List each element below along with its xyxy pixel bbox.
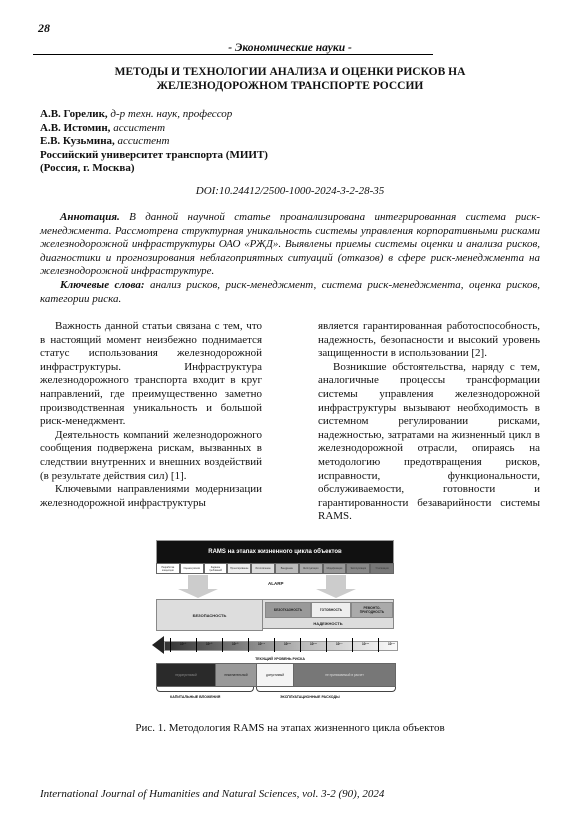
body-column-left: Важность данной статьи связана с тем, чт… bbox=[40, 320, 262, 510]
author: Е.В. Кузьмина, ассистент bbox=[40, 135, 268, 149]
safety-box: БЕЗОПАСНОСТЬ bbox=[156, 599, 263, 631]
body-column-right: является гарантированная работоспособнос… bbox=[318, 320, 540, 524]
capital-costs-label: КАПИТАЛЬНЫЕ ВЛОЖЕНИЯ bbox=[170, 695, 220, 699]
scale-label: 10⁻¹ bbox=[180, 642, 186, 646]
body-paragraph: Возникшие обстоятельства, наряду с тем, … bbox=[318, 361, 540, 524]
brace-capital bbox=[156, 687, 254, 692]
scale-tick bbox=[274, 638, 275, 652]
author-block: А.В. Горелик, д-р техн. наук, профессор … bbox=[40, 108, 268, 176]
figure-header: RAMS на этапах жизненного цикла объектов bbox=[156, 540, 394, 564]
reliability-part: БЕЗОТКАЗНОСТЬ bbox=[265, 602, 311, 618]
author-name: А.В. Горелик, bbox=[40, 108, 108, 120]
lifecycle-stage: Проектирование bbox=[227, 563, 251, 574]
title-line-2: ЖЕЛЕЗНОДОРОЖНОМ ТРАНСПОРТЕ РОССИИ bbox=[40, 79, 540, 93]
operating-costs-label: ЭКСПЛУАТАЦИОННЫЕ РАСХОДЫ bbox=[280, 695, 340, 699]
lifecycle-stage: Утилизация bbox=[370, 563, 394, 574]
body-paragraph: Ключевыми направлениями модернизации жел… bbox=[40, 483, 262, 510]
scale-label: 10⁻⁹ bbox=[388, 642, 395, 646]
body-paragraph: Важность данной статьи связана с тем, чт… bbox=[40, 320, 262, 429]
lifecycle-stage: Внедрение bbox=[275, 563, 299, 574]
lifecycle-stage: Изготовление bbox=[251, 563, 275, 574]
rams-figure: RAMS на этапах жизненного цикла объектов… bbox=[150, 537, 410, 717]
scale-tick bbox=[326, 638, 327, 652]
title-line-1: МЕТОДЫ И ТЕХНОЛОГИИ АНАЛИЗА И ОЦЕНКИ РИС… bbox=[40, 65, 540, 79]
lifecycle-stage: Оценка рисков bbox=[180, 563, 204, 574]
risk-category: нежелательный bbox=[215, 663, 257, 687]
affiliation: Российский университет транспорта (МИИТ) bbox=[40, 149, 268, 163]
author-name: А.В. Истомин, bbox=[40, 122, 110, 134]
reliability-part: РЕМОНТО-ПРИГОДНОСТЬ bbox=[351, 602, 393, 618]
doi[interactable]: DOI:10.24412/2500-1000-2024-3-2-28-35 bbox=[0, 185, 580, 197]
brace-operating bbox=[256, 687, 396, 692]
risk-category: недопустимый bbox=[156, 663, 216, 687]
scale-label: 10⁻³ bbox=[232, 642, 238, 646]
author-role: ассистент bbox=[118, 135, 170, 147]
arrow-head-icon bbox=[316, 589, 356, 598]
author: А.В. Истомин, ассистент bbox=[40, 122, 268, 136]
journal-footer: International Journal of Humanities and … bbox=[40, 788, 384, 800]
scale-label: 10⁻⁸ bbox=[362, 642, 369, 646]
page-number: 28 bbox=[38, 21, 50, 36]
arrow-left-icon bbox=[152, 636, 164, 654]
scale-label: 10⁻⁵ bbox=[284, 642, 291, 646]
article-title: МЕТОДЫ И ТЕХНОЛОГИИ АНАЛИЗА И ОЦЕНКИ РИС… bbox=[40, 65, 540, 93]
scale-tick bbox=[248, 638, 249, 652]
scale-label: 10⁻² bbox=[206, 642, 212, 646]
reliability-label: НАДЕЖНОСТЬ bbox=[313, 621, 342, 626]
lifecycle-stage: Модификация bbox=[323, 563, 347, 574]
scale-label: 10⁻⁴ bbox=[258, 642, 265, 646]
scale-tick bbox=[352, 638, 353, 652]
scale-label: 10⁻⁶ bbox=[310, 642, 317, 646]
scale-tick bbox=[196, 638, 197, 652]
section-header: - Экономические науки - bbox=[0, 42, 580, 54]
author: А.В. Горелик, д-р техн. наук, профессор bbox=[40, 108, 268, 122]
keywords-paragraph: Ключевые слова: анализ рисков, риск-мене… bbox=[40, 279, 540, 306]
lifecycle-stage: Задание требований bbox=[204, 563, 228, 574]
arrow-down-icon bbox=[188, 575, 208, 589]
abstract-label: Аннотация. bbox=[60, 211, 120, 223]
author-name: Е.В. Кузьмина, bbox=[40, 135, 115, 147]
figure-caption: Рис. 1. Методология RAMS на этапах жизне… bbox=[0, 722, 580, 734]
lifecycle-stage: Эксплуатация bbox=[299, 563, 323, 574]
lifecycle-stage: Разработка концепции bbox=[156, 563, 180, 574]
reliability-part: ГОТОВНОСТЬ bbox=[311, 602, 351, 618]
scale-label: 10⁻⁷ bbox=[336, 642, 343, 646]
author-role: д-р техн. наук, профессор bbox=[110, 108, 232, 120]
body-paragraph: является гарантированная работоспособнос… bbox=[318, 320, 540, 361]
abstract-paragraph: Аннотация. В данной научной статье проан… bbox=[40, 211, 540, 279]
arrow-down-icon bbox=[326, 575, 346, 589]
risk-category: не принимаемый в расчет bbox=[293, 663, 396, 687]
lifecycle-stages: Разработка концепцииОценка рисковЗадание… bbox=[156, 563, 394, 574]
body-paragraph: Деятельность компаний железнодорожного с… bbox=[40, 429, 262, 483]
abstract: Аннотация. В данной научной статье проан… bbox=[40, 211, 540, 306]
scale-tick bbox=[300, 638, 301, 652]
risk-level-title: ТЕКУЩИЙ УРОВЕНЬ РИСКА bbox=[150, 657, 410, 661]
risk-category: допустимый bbox=[256, 663, 294, 687]
keywords-label: Ключевые слова: bbox=[60, 279, 145, 291]
alarp-label: ALARP bbox=[268, 581, 284, 586]
header-rule bbox=[33, 54, 433, 55]
location: (Россия, г. Москва) bbox=[40, 162, 268, 176]
author-role: ассистент bbox=[113, 122, 165, 134]
scale-tick bbox=[222, 638, 223, 652]
scale-tick bbox=[378, 638, 379, 652]
lifecycle-stage: Эксплуатация bbox=[346, 563, 370, 574]
arrow-head-icon bbox=[178, 589, 218, 598]
scale-tick bbox=[170, 638, 171, 652]
